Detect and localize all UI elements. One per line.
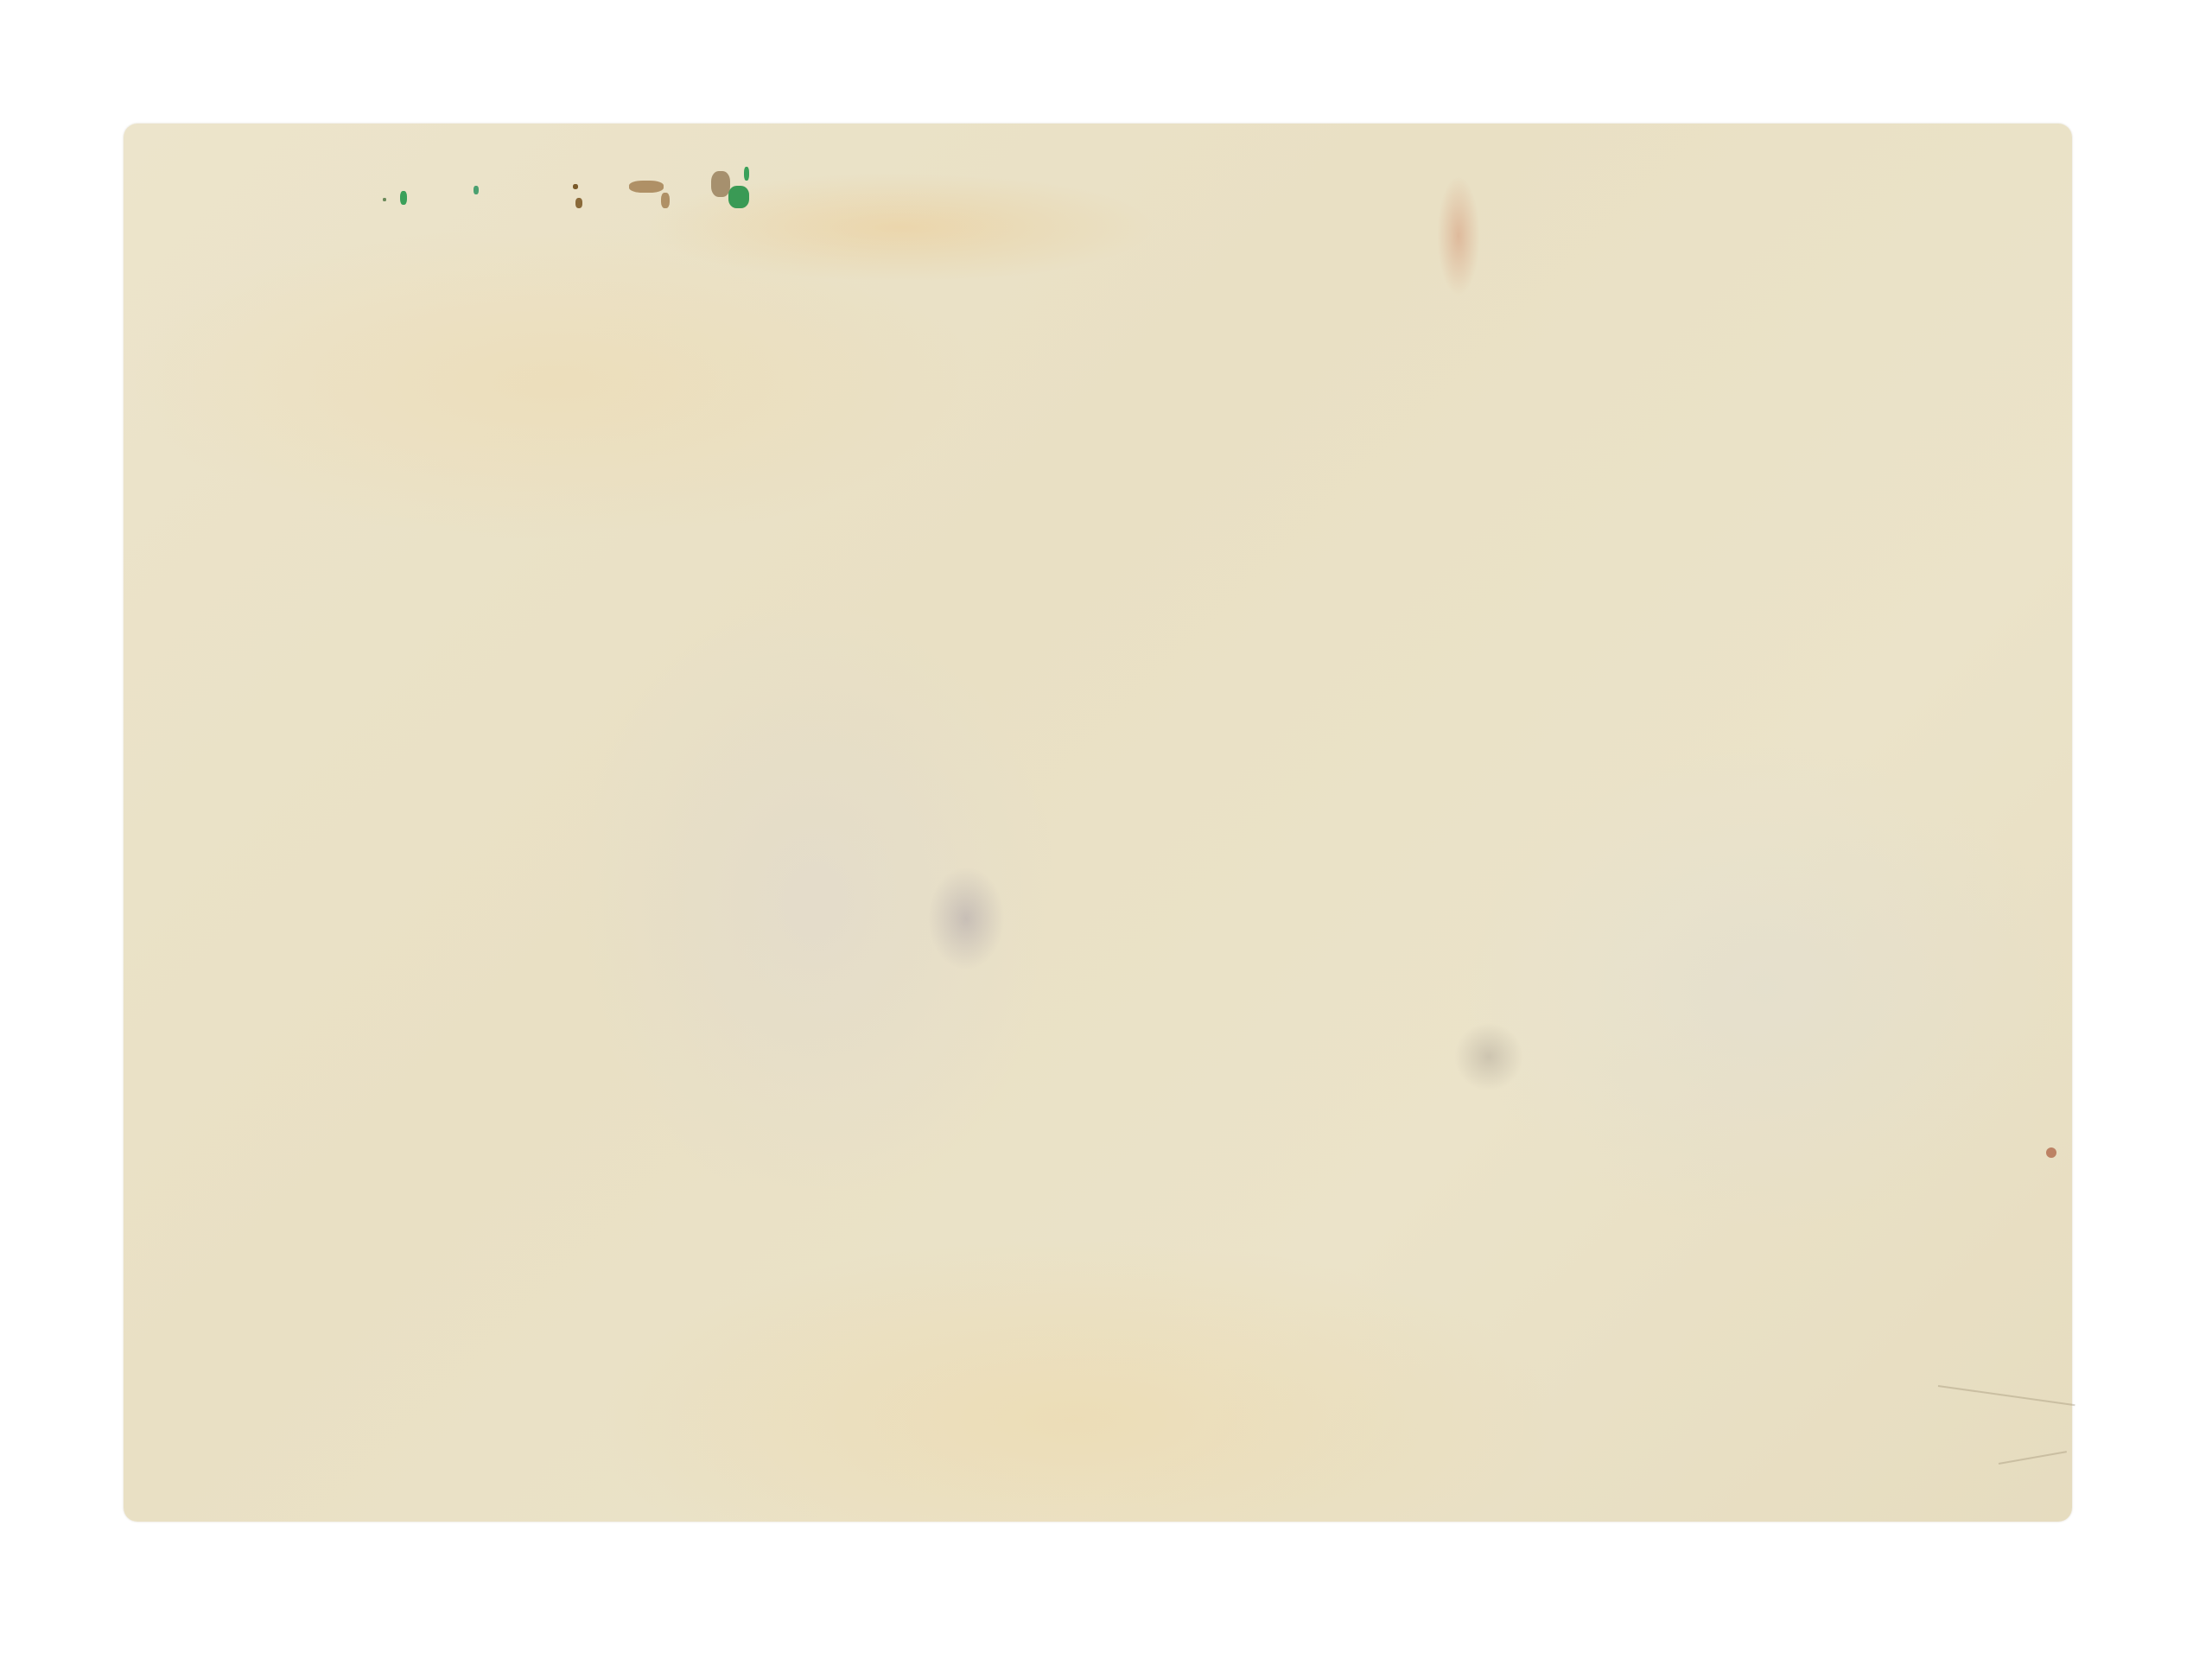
edge-crease [1999, 1451, 2067, 1465]
rust-spot [2046, 1147, 2056, 1158]
corner-crease [1938, 1385, 2075, 1406]
grey-smudge [927, 867, 1005, 970]
paper-sheet [124, 124, 2072, 1522]
grey-smudge-right [1454, 1022, 1523, 1091]
rust-stain [1437, 175, 1480, 296]
